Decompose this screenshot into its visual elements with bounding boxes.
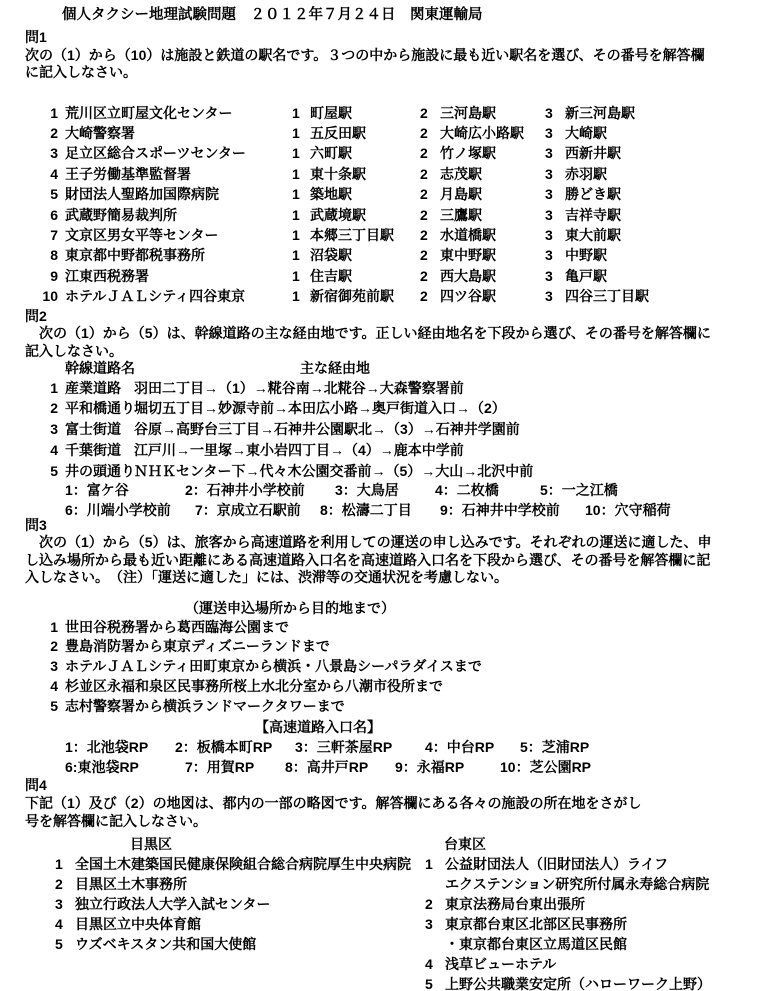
facility-name: 東京都台東区北部区民事務所 xyxy=(445,914,773,934)
list-item: 4 杉並区永福和泉区民事務所桜上水北分室から八潮市役所まで xyxy=(0,677,773,697)
facility-name: 公益財団法人（旧財団法人）ライフ xyxy=(445,854,773,874)
facility-name: 独立行政法人大学入試センター xyxy=(75,894,418,914)
option-number: 2 xyxy=(420,103,440,123)
option-number: 2 xyxy=(420,266,440,286)
option-number: 1 xyxy=(292,286,310,306)
option-number: 2 xyxy=(420,123,440,143)
answer-option: 4：中台RP xyxy=(425,737,520,757)
row-number: 5 xyxy=(0,697,58,717)
station-option-1: 築地駅 xyxy=(310,184,420,204)
q4-label: 問4 xyxy=(25,777,773,795)
option-number: 2 xyxy=(420,225,440,245)
row-number: 1 xyxy=(48,854,75,874)
q3-intro-line1: 次の（1）から（5）は、旅客から高速道路を利用しての運送の申し込みです。それぞれ… xyxy=(25,534,773,552)
table-row: 2 大崎警察署 1 五反田駅 2 大崎広小路駅 3 大崎駅 xyxy=(0,123,773,143)
list-item-continuation: ・東京都台東区立馬道区民館 xyxy=(418,934,773,954)
answer-option: 8：松濤二丁目 xyxy=(320,500,440,520)
row-number: 3 xyxy=(418,914,445,934)
row-number: 1 xyxy=(0,378,58,399)
station-option-1: 町屋駅 xyxy=(310,103,420,123)
row-number: 4 xyxy=(0,677,58,697)
facility-name: 武蔵野簡易裁判所 xyxy=(58,205,292,225)
answer-option: 6:東池袋RP xyxy=(65,757,185,777)
row-number: 3 xyxy=(0,657,58,677)
option-number: 3 xyxy=(545,143,565,163)
option-number: 1 xyxy=(292,225,310,245)
option-number: 3 xyxy=(545,245,565,265)
facility-name: 大崎警察署 xyxy=(58,123,292,143)
row-number: 9 xyxy=(0,266,58,286)
list-item: 3 東京都台東区北部区民事務所 xyxy=(418,914,773,934)
option-number: 3 xyxy=(545,225,565,245)
facility-name: 上野公共職業安定所（ハローワーク上野） xyxy=(445,974,773,991)
option-number: 1 xyxy=(292,205,310,225)
answer-option: 5：芝浦RP xyxy=(520,737,589,757)
station-option-1: 五反田駅 xyxy=(310,123,420,143)
facility-name: 浅草ビューホテル xyxy=(445,954,773,974)
option-number: 3 xyxy=(545,164,565,184)
meguro-column: 目黒区 1 全国土木建築国民健康保険組合総合病院厚生中央病院 2 目黒区土木事務… xyxy=(48,834,418,991)
q2-road-list: 1 産業道路 羽田二丁目→（1）→糀谷南→北糀谷→大森警察署前 2 平和橋通り … xyxy=(0,378,773,482)
answer-option: 3：大鳥居 xyxy=(335,480,435,500)
option-number: 2 xyxy=(420,245,440,265)
q2-intro-line2: 記入しなさい。 xyxy=(25,343,773,361)
q3-options-line1: 1：北池袋RP 2：板橋本町RP 3：三軒茶屋RP 4：中台RP 5：芝浦RP xyxy=(0,737,773,757)
facility-name: 王子労働基準監督署 xyxy=(58,164,292,184)
option-number: 3 xyxy=(545,205,565,225)
table-row: 9 江東西税務署 1 住吉駅 2 西大島駅 3 亀戸駅 xyxy=(0,266,773,286)
q4-district-columns: 目黒区 1 全国土木建築国民健康保険組合総合病院厚生中央病院 2 目黒区土木事務… xyxy=(0,834,773,991)
table-row: 4 王子労働基準監督署 1 東十条駅 2 志茂駅 3 赤羽駅 xyxy=(0,164,773,184)
q3-options-line2: 6:東池袋RP 7：用賀RP 8：高井戸RP 9：永福RP 10：芝公園RP xyxy=(0,757,773,777)
station-option-3: 亀戸駅 xyxy=(565,266,773,286)
trip-description: 豊島消防署から東京ディズニーランドまで xyxy=(58,637,773,657)
row-number: 5 xyxy=(418,974,445,991)
q2-intro-line1: 次の（1）から（5）は、幹線道路の主な経由地です。正しい経由地名を下段から選び、… xyxy=(25,325,773,343)
district-header-taito: 台東区 xyxy=(444,834,773,854)
q1-intro-line1: 次の（1）から（10）は施設と鉄道の駅名です。３つの中から施設に最も近い駅名を選… xyxy=(25,47,773,65)
q4-intro-line2: 号を解答欄に記入しなさい。 xyxy=(25,812,773,830)
row-number xyxy=(418,874,445,894)
option-number: 1 xyxy=(292,103,310,123)
row-number: 4 xyxy=(0,440,58,461)
list-item: 4 目黒区立中央体育館 xyxy=(48,914,418,934)
list-item: 2 目黒区土木事務所 xyxy=(48,874,418,894)
option-number: 1 xyxy=(292,266,310,286)
taito-column: 台東区 1 公益財団法人（旧財団法人）ライフ エクステンション研究所付属永寿総合… xyxy=(418,834,773,991)
station-option-1: 沼袋駅 xyxy=(310,245,420,265)
row-number: 5 xyxy=(0,461,58,482)
q1-station-table: 1 荒川区立町屋文化センター 1 町屋駅 2 三河島駅 3 新三河島駅 2 大崎… xyxy=(0,103,773,307)
district-header-meguro: 目黒区 xyxy=(130,834,418,854)
option-number: 1 xyxy=(292,123,310,143)
row-number: 1 xyxy=(418,854,445,874)
list-item: 1 全国土木建築国民健康保険組合総合病院厚生中央病院 xyxy=(48,854,418,874)
station-option-1: 六町駅 xyxy=(310,143,420,163)
road-row: 2 平和橋通り 堀切五丁目→妙源寺前→本田広小路→奥戸街道入口→（2） xyxy=(0,398,773,419)
row-number: 5 xyxy=(0,184,58,204)
station-option-2: 西大島駅 xyxy=(440,266,545,286)
station-option-3: 赤羽駅 xyxy=(565,164,773,184)
option-number: 3 xyxy=(545,123,565,143)
answer-option: 9：石神井中学校前 xyxy=(440,500,585,520)
list-item: 2 東京法務局台東出張所 xyxy=(418,894,773,914)
table-row: 5 財団法人聖路加国際病院 1 築地駅 2 月島駅 3 勝どき駅 xyxy=(0,184,773,204)
row-number: 3 xyxy=(0,419,58,440)
table-row: 7 文京区男女平等センター 1 本郷三丁目駅 2 水道橋駅 3 東大前駅 xyxy=(0,225,773,245)
q3-item-list: 1 世田谷税務署から葛西臨海公園まで 2 豊島消防署から東京ディズニーランドまで… xyxy=(0,618,773,717)
answer-option: 6：川端小学校前 xyxy=(65,500,195,520)
road-name: 平和橋通り xyxy=(58,398,134,419)
row-number: 2 xyxy=(0,123,58,143)
road-name: 千葉街道 xyxy=(58,440,134,461)
row-number: 1 xyxy=(0,103,58,123)
facility-name: 東京法務局台東出張所 xyxy=(445,894,773,914)
road-name: 富士街道 xyxy=(58,419,134,440)
row-number: 4 xyxy=(48,914,75,934)
option-number: 2 xyxy=(420,164,440,184)
station-option-1: 新宿御苑前駅 xyxy=(310,286,420,306)
station-option-2: 三河島駅 xyxy=(440,103,545,123)
row-number: 4 xyxy=(0,164,58,184)
option-number: 3 xyxy=(545,266,565,286)
answer-option: 7：京成立石駅前 xyxy=(195,500,320,520)
option-number: 1 xyxy=(292,164,310,184)
answer-option: 1：北池袋RP xyxy=(65,737,175,757)
row-number: 3 xyxy=(0,143,58,163)
station-option-2: 月島駅 xyxy=(440,184,545,204)
answer-option: 1：富ケ谷 xyxy=(65,480,185,500)
road-row: 4 千葉街道 江戸川→一里塚→東小岩四丁目→（4）→鹿本中学前 xyxy=(0,440,773,461)
q2-label: 問2 xyxy=(25,308,773,326)
table-row: 1 荒川区立町屋文化センター 1 町屋駅 2 三河島駅 3 新三河島駅 xyxy=(0,103,773,123)
road-name: 産業道路 xyxy=(58,378,134,399)
facility-name: 目黒区土木事務所 xyxy=(75,874,418,894)
facility-name: 目黒区立中央体育館 xyxy=(75,914,418,934)
q4-intro-line1: 下記（1）及び（2）の地図は、都内の一部の略図です。解答欄にある各々の施設の所在… xyxy=(25,794,773,812)
list-item: 5 ウズベキスタン共和国大使館 xyxy=(48,934,418,954)
station-option-3: 勝どき駅 xyxy=(565,184,773,204)
answer-option: 3：三軒茶屋RP xyxy=(295,737,425,757)
station-option-2: 三鷹駅 xyxy=(440,205,545,225)
row-number: 1 xyxy=(0,618,58,638)
road-name-header: 幹線道路名 xyxy=(65,360,300,378)
option-number: 2 xyxy=(420,286,440,306)
row-number: 2 xyxy=(0,637,58,657)
row-number xyxy=(418,934,445,954)
road-route: 谷原→高野台三丁目→石神井公園駅北→（3）→石神井学園前 xyxy=(134,419,773,440)
list-item-continuation: エクステンション研究所付属永寿総合病院 xyxy=(418,874,773,894)
route-header: 主な経由地 xyxy=(300,360,370,378)
road-route: 堀切五丁目→妙源寺前→本田広小路→奥戸街道入口→（2） xyxy=(134,398,773,419)
station-option-2: 東中野駅 xyxy=(440,245,545,265)
answer-option: 4：二枚橋 xyxy=(435,480,540,500)
row-number: 5 xyxy=(48,934,75,954)
station-option-3: 吉祥寺駅 xyxy=(565,205,773,225)
answer-option: 10：穴守稲荷 xyxy=(585,500,671,520)
q3-intro-line2: し込み場所から最も近い距離にある高速道路入口名を高速道路入口名を下段から選び、そ… xyxy=(25,552,773,570)
row-number: 2 xyxy=(0,398,58,419)
facility-name: 足立区総合スポーツセンター xyxy=(58,143,292,163)
trip-description: ホテルＪＡＬシティ田町東京から横浜・八景島シーパラダイスまで xyxy=(58,657,773,677)
road-route: ＮＨＫセンター下→代々木公園交番前→（5）→大山→北沢中前 xyxy=(134,461,773,482)
list-item: 3 独立行政法人大学入試センター xyxy=(48,894,418,914)
road-route: 羽田二丁目→（1）→糀谷南→北糀谷→大森警察署前 xyxy=(134,378,773,399)
table-row: 10 ホテルＪＡＬシティ四谷東京 1 新宿御苑前駅 2 四ツ谷駅 3 四谷三丁目… xyxy=(0,286,773,306)
table-row: 3 足立区総合スポーツセンター 1 六町駅 2 竹ノ塚駅 3 西新井駅 xyxy=(0,143,773,163)
station-option-3: 中野駅 xyxy=(565,245,773,265)
list-item: 1 世田谷税務署から葛西臨海公園まで xyxy=(0,618,773,638)
table-row: 6 武蔵野簡易裁判所 1 武蔵境駅 2 三鷹駅 3 吉祥寺駅 xyxy=(0,205,773,225)
station-option-2: 大崎広小路駅 xyxy=(440,123,545,143)
station-option-1: 東十条駅 xyxy=(310,164,420,184)
facility-name: ウズベキスタン共和国大使館 xyxy=(75,934,418,954)
facility-name: エクステンション研究所付属永寿総合病院 xyxy=(445,874,773,894)
q2-column-headers: 幹線道路名 主な経由地 xyxy=(0,360,773,378)
option-number: 3 xyxy=(545,103,565,123)
row-number: 10 xyxy=(0,286,58,306)
facility-name: 荒川区立町屋文化センター xyxy=(58,103,292,123)
q3-options-heading: 【高速道路入口名】 xyxy=(0,717,773,737)
road-row: 3 富士街道 谷原→高野台三丁目→石神井公園駅北→（3）→石神井学園前 xyxy=(0,419,773,440)
exam-document: 個人タクシー地理試験問題 ２０１２年７月２４日 関東運輸局 問1 次の（1）から… xyxy=(0,6,773,991)
row-number: 2 xyxy=(48,874,75,894)
road-row: 1 産業道路 羽田二丁目→（1）→糀谷南→北糀谷→大森警察署前 xyxy=(0,378,773,399)
facility-name: ホテルＪＡＬシティ四谷東京 xyxy=(58,286,292,306)
q1-label: 問1 xyxy=(25,29,773,47)
answer-option: 10：芝公園RP xyxy=(500,757,591,777)
row-number: 4 xyxy=(418,954,445,974)
station-option-2: 竹ノ塚駅 xyxy=(440,143,545,163)
station-option-1: 住吉駅 xyxy=(310,266,420,286)
option-number: 3 xyxy=(545,184,565,204)
trip-description: 世田谷税務署から葛西臨海公園まで xyxy=(58,618,773,638)
answer-option: 8：高井戸RP xyxy=(285,757,395,777)
trip-description: 志村警察署から横浜ランドマークタワーまで xyxy=(58,697,773,717)
facility-name: 文京区男女平等センター xyxy=(58,225,292,245)
list-item: 3 ホテルＪＡＬシティ田町東京から横浜・八景島シーパラダイスまで xyxy=(0,657,773,677)
station-option-3: 西新井駅 xyxy=(565,143,773,163)
station-option-2: 志茂駅 xyxy=(440,164,545,184)
option-number: 1 xyxy=(292,184,310,204)
facility-name: 全国土木建築国民健康保険組合総合病院厚生中央病院 xyxy=(75,854,418,874)
q2-options-line2: 6：川端小学校前 7：京成立石駅前 8：松濤二丁目 9：石神井中学校前 10：穴… xyxy=(0,500,773,520)
row-number: 3 xyxy=(48,894,75,914)
facility-name: 東京都中野都税事務所 xyxy=(58,245,292,265)
list-item: 2 豊島消防署から東京ディズニーランドまで xyxy=(0,637,773,657)
row-number: 7 xyxy=(0,225,58,245)
facility-name: 財団法人聖路加国際病院 xyxy=(58,184,292,204)
road-route: 江戸川→一里塚→東小岩四丁目→（4）→鹿本中学前 xyxy=(134,440,773,461)
station-option-2: 四ツ谷駅 xyxy=(440,286,545,306)
station-option-3: 大崎駅 xyxy=(565,123,773,143)
list-item: 4 浅草ビューホテル xyxy=(418,954,773,974)
q3-intro-line3: 入しなさい。 （注）「運送に適した」には、渋滞等の交通状況を考慮しない。 xyxy=(25,569,773,587)
station-option-2: 水道橋駅 xyxy=(440,225,545,245)
answer-option: 2：板橋本町RP xyxy=(175,737,295,757)
row-number: 8 xyxy=(0,245,58,265)
page-title: 個人タクシー地理試験問題 ２０１２年７月２４日 関東運輸局 xyxy=(62,6,773,25)
facility-name: ・東京都台東区立馬道区民館 xyxy=(445,934,773,954)
option-number: 1 xyxy=(292,245,310,265)
list-item: 1 公益財団法人（旧財団法人）ライフ xyxy=(418,854,773,874)
road-row: 5 井の頭通り ＮＨＫセンター下→代々木公園交番前→（5）→大山→北沢中前 xyxy=(0,461,773,482)
list-item: 5 上野公共職業安定所（ハローワーク上野） xyxy=(418,974,773,991)
row-number: 6 xyxy=(0,205,58,225)
road-name: 井の頭通り xyxy=(58,461,134,482)
row-number: 2 xyxy=(418,894,445,914)
option-number: 3 xyxy=(545,286,565,306)
answer-option: 9：永福RP xyxy=(395,757,500,777)
station-option-3: 四谷三丁目駅 xyxy=(565,286,773,306)
trip-description: 杉並区永福和泉区民事務所桜上水北分室から八潮市役所まで xyxy=(58,677,773,697)
option-number: 2 xyxy=(420,184,440,204)
station-option-1: 武蔵境駅 xyxy=(310,205,420,225)
station-option-3: 東大前駅 xyxy=(565,225,773,245)
answer-option: 7：用賀RP xyxy=(185,757,285,777)
answer-option: 2：石神井小学校前 xyxy=(185,480,335,500)
table-row: 8 東京都中野都税事務所 1 沼袋駅 2 東中野駅 3 中野駅 xyxy=(0,245,773,265)
q1-intro-line2: に記入しなさい。 xyxy=(25,64,773,82)
station-option-1: 本郷三丁目駅 xyxy=(310,225,420,245)
option-number: 1 xyxy=(292,143,310,163)
list-item: 5 志村警察署から横浜ランドマークタワーまで xyxy=(0,697,773,717)
answer-option: 5：一之江橋 xyxy=(540,480,618,500)
station-option-3: 新三河島駅 xyxy=(565,103,773,123)
q3-list-heading: （運送申込場所から目的地まで） xyxy=(0,598,773,618)
option-number: 2 xyxy=(420,205,440,225)
option-number: 2 xyxy=(420,143,440,163)
q2-options-line1: 1：富ケ谷 2：石神井小学校前 3：大鳥居 4：二枚橋 5：一之江橋 xyxy=(0,480,773,500)
facility-name: 江東西税務署 xyxy=(58,266,292,286)
